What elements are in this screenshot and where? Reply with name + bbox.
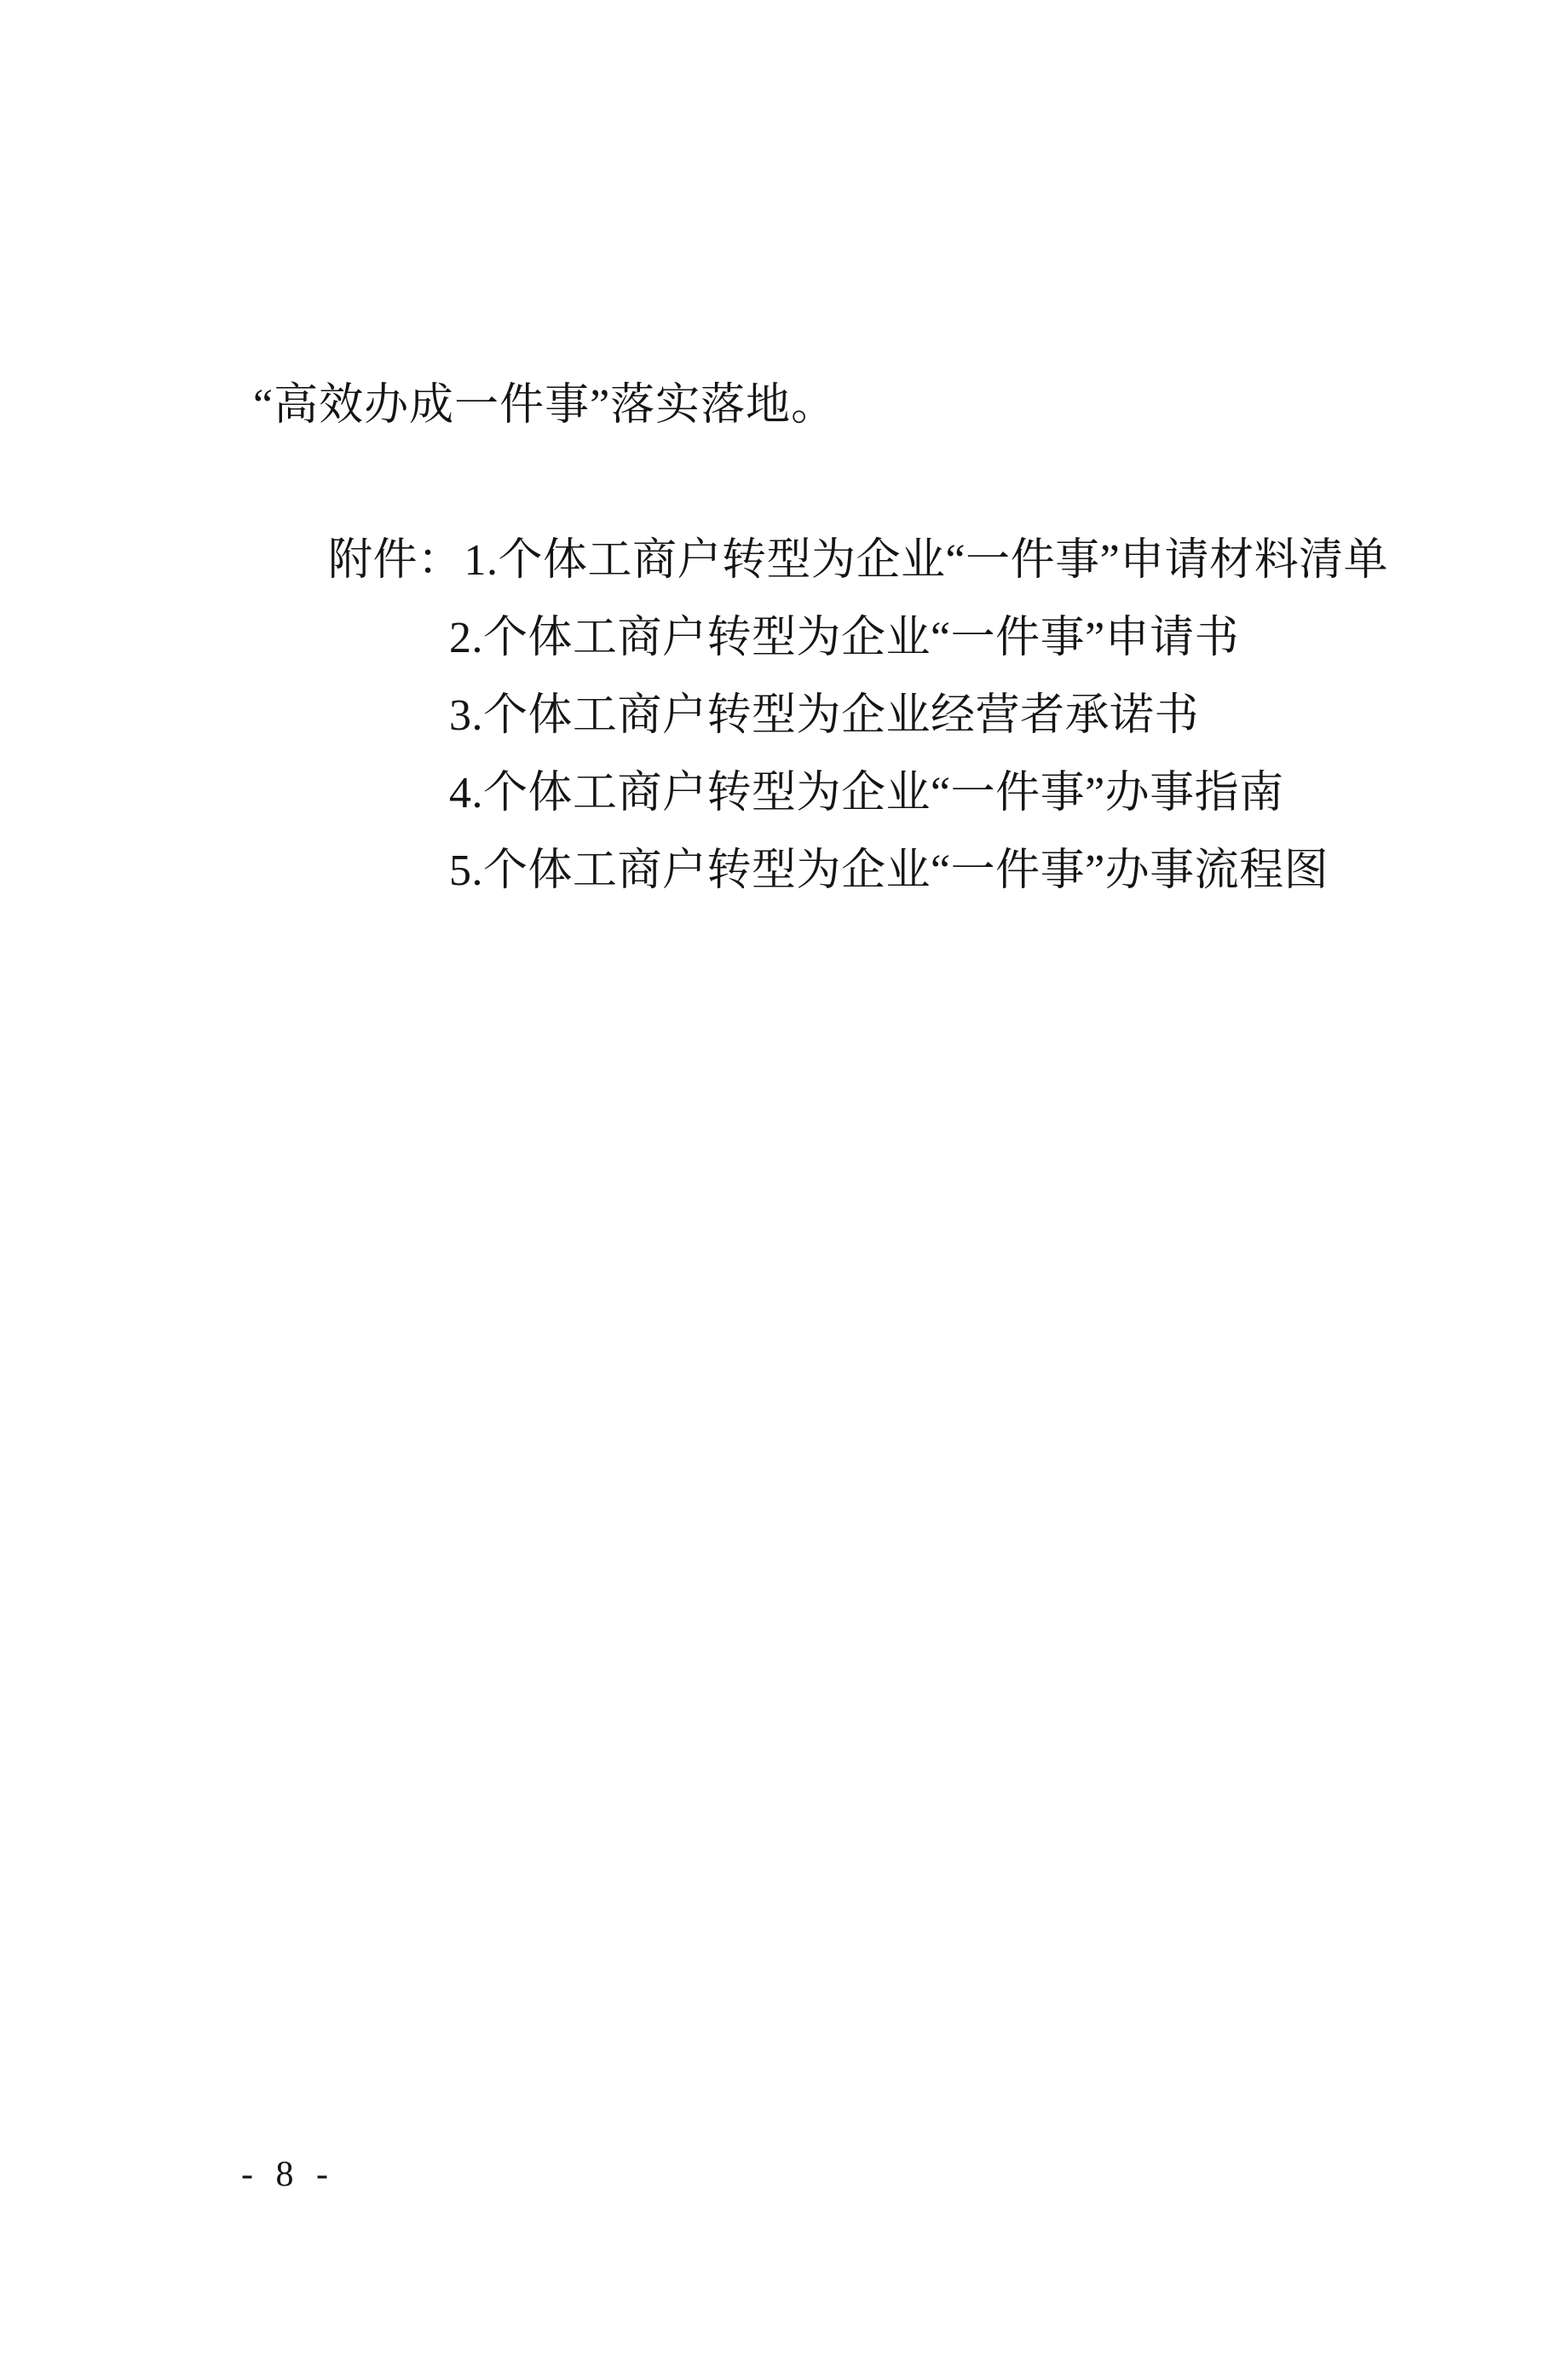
attachment-item-3: 3.个体工商户转型为企业经营者承诺书	[449, 691, 1199, 740]
attachment-row: 2.个体工商户转型为企业“一件事”申请书	[328, 599, 1388, 677]
attachment-row: 附件：1.个体工商户转型为企业“一件事”申请材料清单	[328, 522, 1388, 599]
document-page: “高效办成一件事”落实落地。 附件：1.个体工商户转型为企业“一件事”申请材料清…	[0, 0, 1568, 2380]
paragraph-closing-line: “高效办成一件事”落实落地。	[253, 380, 836, 431]
attachment-row: 3.个体工商户转型为企业经营者承诺书	[328, 677, 1388, 754]
page-number: - 8 -	[241, 2153, 335, 2196]
attachment-row: 5.个体工商户转型为企业“一件事”办事流程图	[328, 832, 1388, 910]
attachment-item-4: 4.个体工商户转型为企业“一件事”办事指南	[449, 769, 1284, 817]
attachments-label: 附件：	[328, 536, 463, 585]
attachment-row: 4.个体工商户转型为企业“一件事”办事指南	[328, 754, 1388, 832]
attachment-item-1: 1.个体工商户转型为企业“一件事”申请材料清单	[464, 536, 1389, 585]
attachments-list: 附件：1.个体工商户转型为企业“一件事”申请材料清单 2.个体工商户转型为企业“…	[328, 522, 1388, 910]
attachment-item-5: 5.个体工商户转型为企业“一件事”办事流程图	[449, 846, 1329, 895]
attachment-item-2: 2.个体工商户转型为企业“一件事”申请书	[449, 614, 1239, 662]
